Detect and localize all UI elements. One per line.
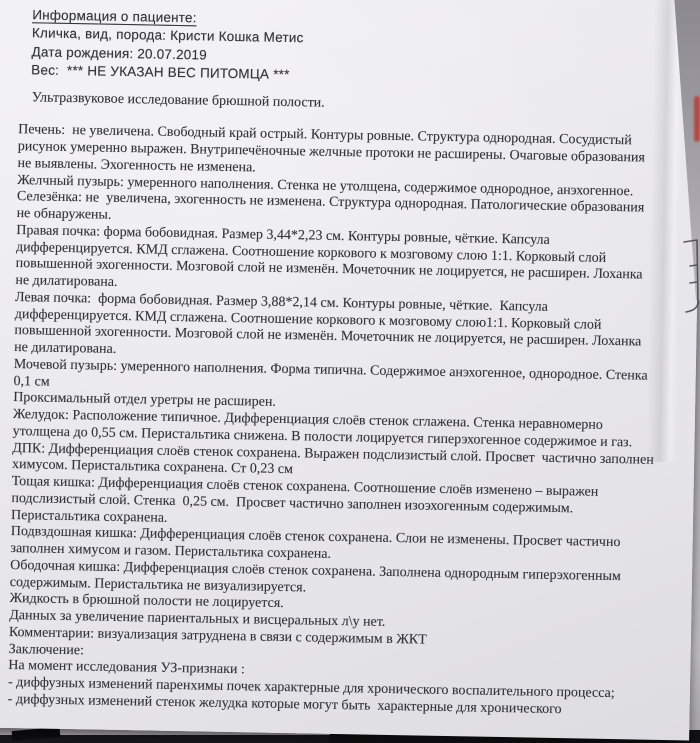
report-body: Печень: не увеличена. Свободный край ост… [8, 122, 667, 720]
patient-info-section: Информация о пациенте: Кличка, вид, поро… [31, 6, 668, 91]
photo-of-document: Информация о пациенте: Кличка, вид, поро… [0, 0, 700, 743]
patient-info-lines: Кличка, вид, порода: Кристи Кошка МетисД… [31, 25, 668, 92]
report-content: Информация о пациенте: Кличка, вид, поро… [8, 6, 669, 720]
study-title: Ультразвуковое исследование брюшной поло… [32, 90, 667, 118]
red-edge-mark [694, 96, 700, 142]
report-paper: Информация о пациенте: Кличка, вид, поро… [0, 0, 700, 740]
pen-bracket-mark [678, 232, 700, 318]
